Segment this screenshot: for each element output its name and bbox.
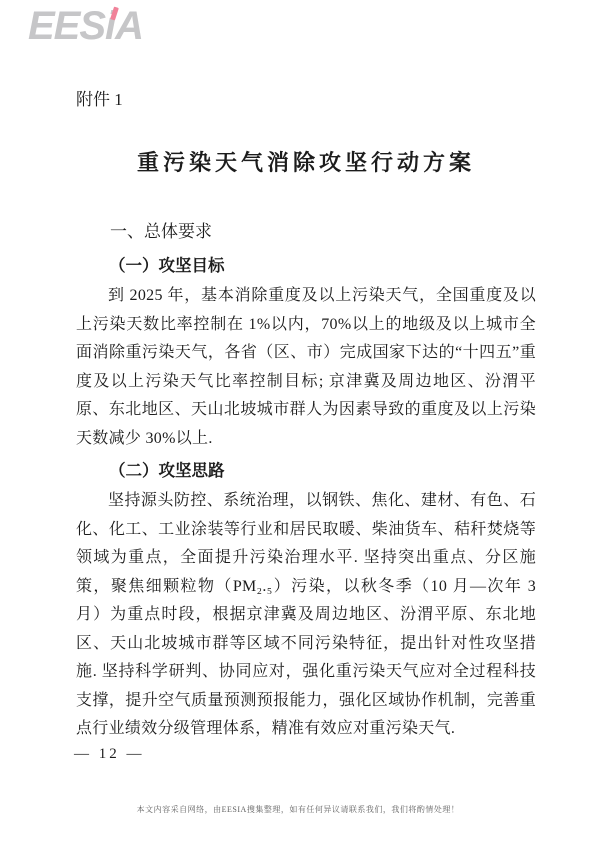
subsection-1-paragraph: 到 2025 年，基本消除重度及以上污染天气，全国重度及以上污染天数比率控制在 … — [76, 282, 536, 453]
subsection-2-heading: （二）攻坚思路 — [76, 459, 536, 483]
subsection-2-paragraph: 坚持源头防控、系统治理，以钢铁、焦化、建材、有色、石化、化工、工业涂装等行业和居… — [76, 487, 536, 744]
section-heading-overall-requirements: 一、总体要求 — [76, 220, 536, 244]
subsection-1-heading: （一）攻坚目标 — [76, 254, 536, 278]
document-body: 附件 1 重污染天气消除攻坚行动方案 一、总体要求 （一）攻坚目标 到 2025… — [76, 88, 536, 744]
footer-note: 本文内容采自网络，由EESIA搜集整理，如有任何异议请联系我们，我们将酌情处理！ — [0, 804, 596, 815]
document-title: 重污染天气消除攻坚行动方案 — [76, 148, 536, 178]
eesia-logo: EESiA — [28, 4, 143, 48]
logo-text-suffix: A — [115, 4, 143, 48]
page-number: — 12 — — [74, 746, 145, 763]
document-page: EESiA 附件 1 重污染天气消除攻坚行动方案 一、总体要求 （一）攻坚目标 … — [0, 0, 596, 842]
attachment-label: 附件 1 — [76, 88, 536, 112]
logo-text-prefix: EES — [28, 4, 105, 48]
logo-letter-i: i — [105, 4, 115, 48]
